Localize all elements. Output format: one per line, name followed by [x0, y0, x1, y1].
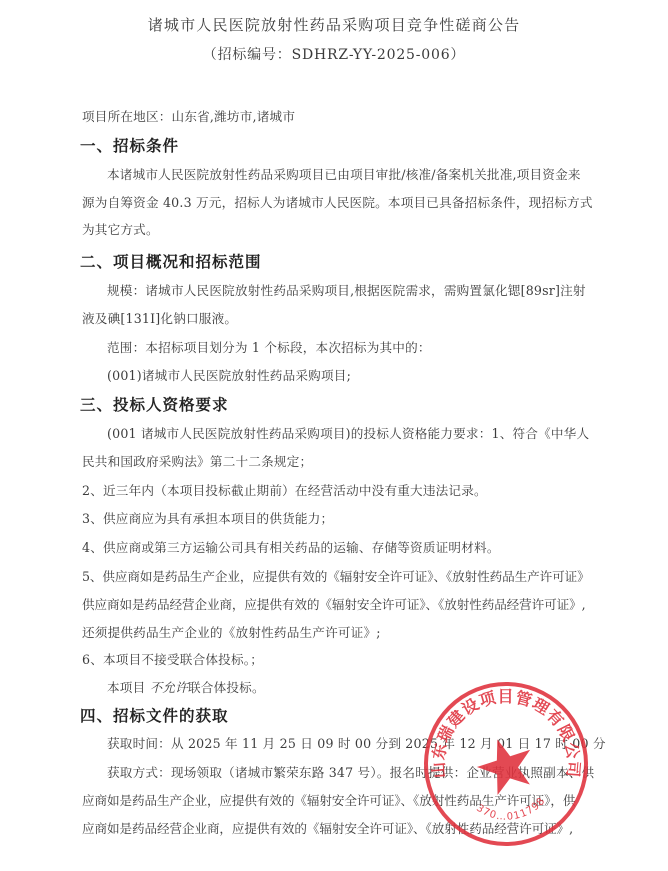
paragraph-line: 应商如是药品经营企业商，应提供有效的《辐射安全许可证》、《放射性药品经营许可证》… [82, 821, 573, 837]
document-title: 诸城市人民医院放射性药品采购项目竞争性磋商公告 [0, 15, 668, 35]
consortium-note-suffix: 联合体投标。 [188, 680, 265, 695]
announcement-page: 诸城市人民医院放射性药品采购项目竞争性磋商公告 （招标编号：SDHRZ-YY-2… [0, 0, 668, 871]
section-heading-project-overview: 二、项目概况和招标范围 [80, 252, 262, 272]
paragraph-line: 为其它方式。 [82, 222, 159, 238]
consortium-note-emphasis: 不允许 [150, 680, 188, 695]
requirement-item: 4、供应商或第三方运输公司具有相关药品的运输、存储等资质证明材料。 [82, 540, 500, 556]
requirement-item: 6、本项目不接受联合体投标。； [82, 652, 263, 668]
acquisition-method: 获取方式：现场领取（诸城市繁荣东路 347 号）。报名时提供：企业营业执照副本、… [107, 765, 594, 781]
paragraph-line: 范围：本招标项目划分为 1 个标段，本次招标为其中的： [107, 340, 431, 356]
paragraph-line: 源为自筹资金 40.3 万元，招标人为诸城市人民医院。本项目已具备招标条件，现招… [82, 195, 593, 211]
paragraph-line: 本诸城市人民医院放射性药品采购项目已由项目审批/核准/备案机关批准,项目资金来 [107, 167, 581, 183]
paragraph-line: 规模：诸城市人民医院放射性药品采购项目,根据医院需求，需购置氯化锶[89sr]注… [107, 283, 586, 299]
requirement-item: 5、供应商如是药品生产企业，应提供有效的《辐射安全许可证》、《放射性药品生产许可… [82, 569, 590, 585]
section-heading-bidding-conditions: 一、招标条件 [80, 136, 179, 156]
consortium-note: 本项目 不允许联合体投标。 [107, 680, 265, 696]
project-region: 项目所在地区：山东省,潍坊市,诸城市 [82, 109, 295, 125]
paragraph-line: 应商如是药品生产企业，应提供有效的《辐射安全许可证》、《放射性药品生产许可证》，… [82, 793, 575, 809]
section-heading-document-acquisition: 四、招标文件的获取 [80, 706, 229, 726]
paragraph-line: 供应商如是药品经营企业商，应提供有效的《辐射安全许可证》、《放射性药品经营许可证… [82, 597, 586, 613]
section-heading-bidder-qualifications: 三、投标人资格要求 [80, 395, 229, 415]
tender-number: （招标编号：SDHRZ-YY-2025-006） [0, 45, 668, 65]
paragraph-line: (001)诸城市人民医院放射性药品采购项目; [107, 368, 351, 384]
paragraph-line: 还须提供药品生产企业的《放射性药品生产许可证》; [82, 625, 381, 641]
paragraph-line: (001 诸城市人民医院放射性药品采购项目)的投标人资格能力要求：1、符合《中华… [107, 426, 589, 442]
consortium-note-prefix: 本项目 [107, 680, 150, 695]
paragraph-line: 民共和国政府采购法》第二十二条规定； [82, 454, 312, 470]
requirement-item: 3、供应商应为具有承担本项目的供货能力； [82, 511, 333, 527]
acquisition-time: 获取时间：从 2025 年 11 月 25 日 09 时 00 分到 2025 … [107, 736, 606, 752]
requirement-item: 2、近三年内（本项目投标截止期前）在经营活动中没有重大违法记录。 [82, 483, 487, 499]
paragraph-line: 液及碘[131I]化钠口服液。 [82, 311, 237, 327]
